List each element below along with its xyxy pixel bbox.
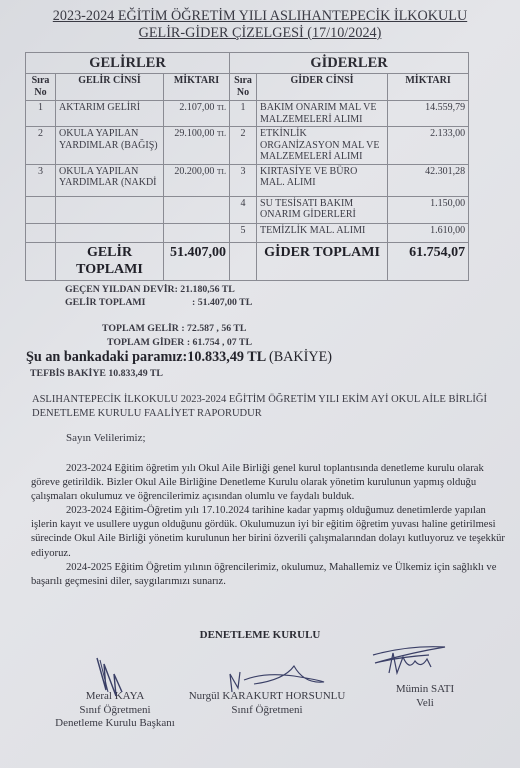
income-type: OKULA YAPILAN YARDIMLAR (BAĞIŞ)	[56, 127, 164, 165]
signatory-name: Mümin SATI	[375, 683, 475, 697]
currency-unit: TL	[217, 167, 226, 176]
paragraph: 2024-2025 Eğitim Öğretim yılının öğrenci…	[31, 561, 506, 589]
total-income-value: : 72.587 , 56 TL	[181, 323, 246, 334]
signatory-role: Veli	[375, 697, 475, 711]
totals-block: TOPLAM GELİR : 72.587 , 56 TL TOPLAM GİD…	[102, 322, 252, 350]
table-row: 5TEMİZLİK MAL. ALIMI1.610,00	[26, 223, 469, 242]
total-income-label: TOPLAM GELİR	[102, 323, 179, 334]
expense-type: SU TESİSATI BAKIM ONARIM GİDERLERİ	[257, 196, 388, 223]
income-amount: 29.100,00 TL	[164, 127, 230, 165]
title-line-1: 2023-2024 EĞİTİM ÖĞRETİM YILI ASLIHANTEP…	[0, 8, 520, 25]
expense-amount: 42.301,28	[388, 164, 469, 196]
signatory-3: Mümin SATI Veli	[375, 683, 475, 710]
signature-2-icon	[224, 662, 334, 694]
report-heading: ASLIHANTEPECİK İLKOKULU 2023-2024 EĞİTİM…	[32, 393, 492, 421]
carryover-block: GEÇEN YILDAN DEVİR: 21.180,56 TL GELİR T…	[65, 283, 252, 309]
col-sira: Sıra No	[230, 74, 257, 101]
income-amount	[164, 196, 230, 223]
income-expense-table: GELİRLER GİDERLER Sıra No GELİR CİNSİ Mİ…	[25, 52, 469, 281]
expense-total-value: 61.754,07	[388, 242, 469, 280]
signatory-role: Sınıf Öğretmeni	[172, 704, 362, 718]
income-no: 2	[26, 127, 56, 165]
currency-unit: TL	[217, 129, 226, 138]
income-total-label: GELİR TOPLAMI	[56, 242, 164, 280]
expense-no: 3	[230, 164, 257, 196]
table-row: 1AKTARIM GELİRİ2.107,00 TL1BAKIM ONARIM …	[26, 101, 469, 127]
income-type	[56, 196, 164, 223]
expense-no: 2	[230, 127, 257, 165]
signature-3-icon	[369, 643, 449, 679]
tefbis-balance: TEFBİS BAKİYE 10.833,49 TL	[30, 368, 163, 379]
expense-amount: 14.559,79	[388, 101, 469, 127]
table-row: 2OKULA YAPILAN YARDIMLAR (BAĞIŞ)29.100,0…	[26, 127, 469, 165]
total-empty	[26, 242, 56, 280]
expense-no: 1	[230, 101, 257, 127]
income-amount: 20.200,00 TL	[164, 164, 230, 196]
document-title: 2023-2024 EĞİTİM ÖĞRETİM YILI ASLIHANTEP…	[0, 8, 520, 42]
table-row: 3OKULA YAPILAN YARDIMLAR (NAKDİ20.200,00…	[26, 164, 469, 196]
report-body: 2023-2024 Eğitim öğretim yılı Okul Aile …	[31, 462, 506, 589]
col-expense-type: GİDER CİNSİ	[257, 74, 388, 101]
paragraph: 2023-2024 Eğitim öğretim yılı Okul Aile …	[31, 462, 506, 504]
income-amount-value: 29.100,00	[174, 128, 214, 139]
title-line-2: GELİR-GİDER ÇİZELGESİ (17/10/2024)	[0, 25, 520, 42]
carryover-value: : 21.180,56 TL	[175, 284, 235, 295]
expense-type: BAKIM ONARIM MAL VE MALZEMELERİ ALIMI	[257, 101, 388, 127]
greeting: Sayın Velilerimiz;	[66, 432, 146, 444]
expense-type: ETKİNLİK ORGANİZASYON MAL VE MALZEMELERİ…	[257, 127, 388, 165]
income-total-label: GELİR TOPLAMI	[65, 296, 192, 309]
income-no: 1	[26, 101, 56, 127]
col-sira: Sıra No	[26, 74, 56, 101]
signatory-1: Meral KAYA Sınıf Öğretmeni Denetleme Kur…	[50, 690, 180, 731]
total-expense-label: TOPLAM GİDER	[107, 337, 184, 348]
expense-amount: 1.610,00	[388, 223, 469, 242]
currency-unit: TL	[217, 103, 226, 112]
income-type: AKTARIM GELİRİ	[56, 101, 164, 127]
total-empty	[230, 242, 257, 280]
col-expense-amount: MİKTARI	[388, 74, 469, 101]
expense-amount: 1.150,00	[388, 196, 469, 223]
col-income-amount: MİKTARI	[164, 74, 230, 101]
bank-balance: Şu an bankadaki paramız:10.833,49 TL (BA…	[26, 349, 332, 366]
paragraph: 2023-2024 Eğitim-Öğretim yılı 17.10.2024…	[31, 504, 506, 560]
income-amount	[164, 223, 230, 242]
income-amount-value: 2.107,00	[179, 102, 214, 113]
income-no	[26, 196, 56, 223]
bank-value: 10.833,49 TL	[187, 349, 265, 365]
expense-no: 5	[230, 223, 257, 242]
income-total-value: : 51.407,00 TL	[192, 297, 252, 308]
signature-1-icon	[92, 656, 132, 708]
income-type	[56, 223, 164, 242]
income-type: OKULA YAPILAN YARDIMLAR (NAKDİ	[56, 164, 164, 196]
col-income-type: GELİR CİNSİ	[56, 74, 164, 101]
expense-amount: 2.133,00	[388, 127, 469, 165]
table-row: 4SU TESİSATI BAKIM ONARIM GİDERLERİ1.150…	[26, 196, 469, 223]
signatory-2: Nurgül KARAKURT HORSUNLU Sınıf Öğretmeni	[172, 690, 362, 717]
expense-type: KIRTASİYE VE BÜRO MAL. ALIMI	[257, 164, 388, 196]
bank-note: (BAKİYE)	[269, 349, 332, 365]
income-header: GELİRLER	[26, 53, 230, 74]
signatory-role-2: Denetleme Kurulu Başkanı	[50, 717, 180, 731]
expense-type: TEMİZLİK MAL. ALIMI	[257, 223, 388, 242]
income-total-value: 51.407,00	[164, 242, 230, 280]
expense-header: GİDERLER	[230, 53, 469, 74]
total-expense-value: : 61.754 , 07 TL	[187, 337, 252, 348]
income-amount: 2.107,00 TL	[164, 101, 230, 127]
committee-title: DENETLEME KURULU	[0, 629, 520, 641]
bank-label: Şu an bankadaki paramız:	[26, 349, 187, 365]
expense-total-label: GİDER TOPLAMI	[257, 242, 388, 280]
carryover-label: GEÇEN YILDAN DEVİR	[65, 284, 175, 295]
income-no: 3	[26, 164, 56, 196]
income-amount-value: 20.200,00	[174, 166, 214, 177]
expense-no: 4	[230, 196, 257, 223]
income-no	[26, 223, 56, 242]
